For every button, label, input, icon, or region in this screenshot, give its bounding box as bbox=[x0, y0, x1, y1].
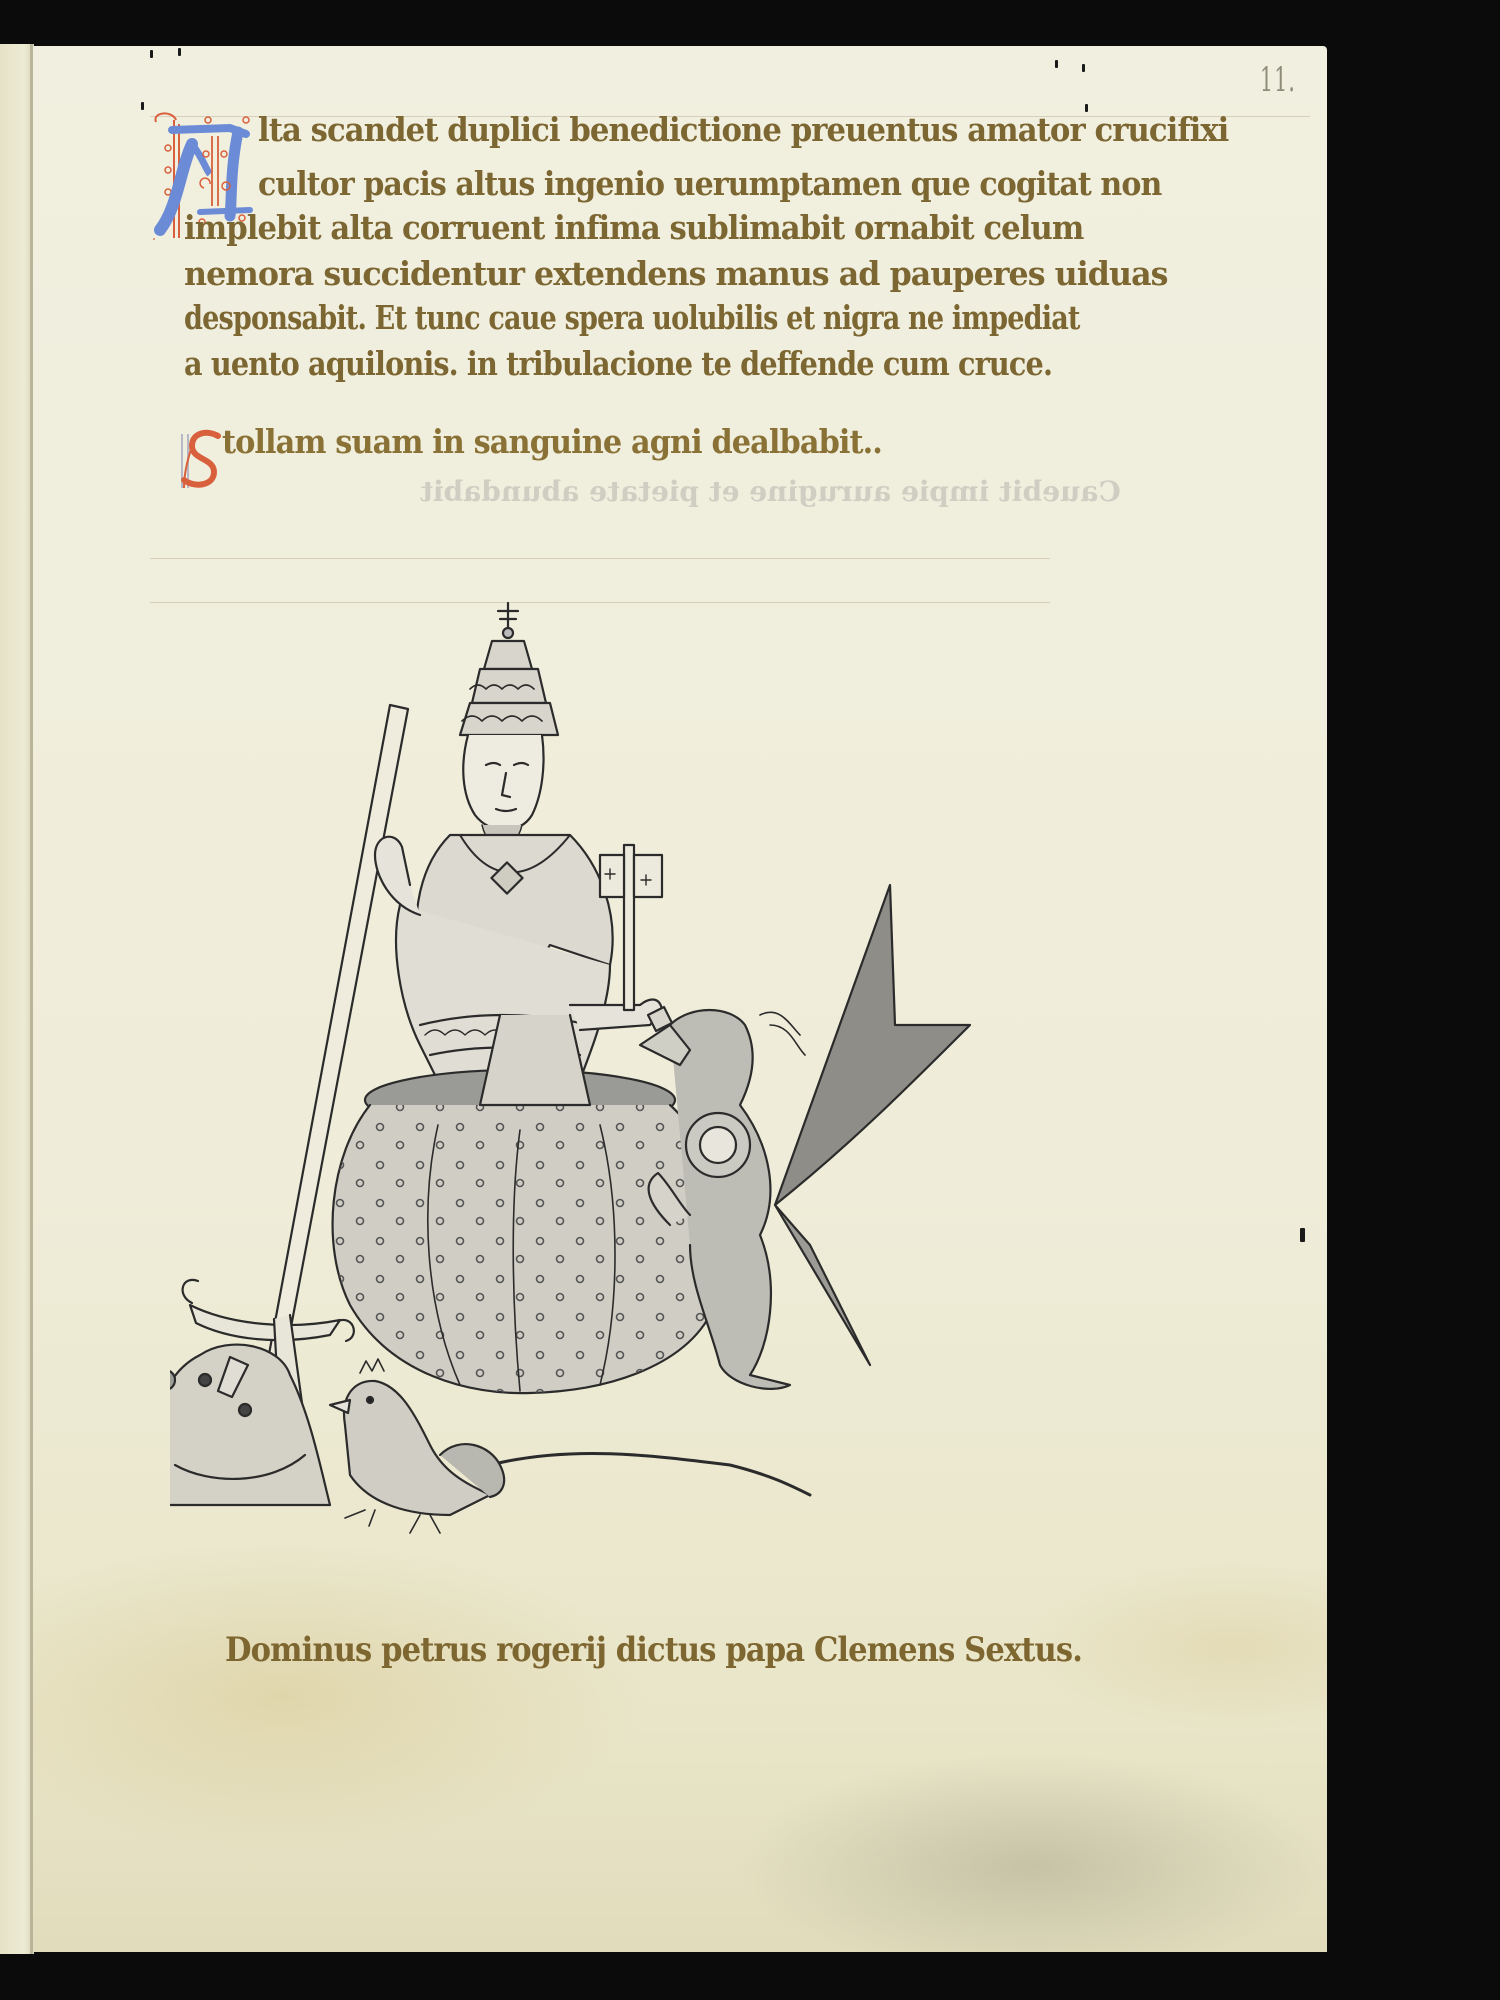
pope-in-cauldron-illustration bbox=[170, 585, 1130, 1565]
bleedthrough-text: Cauebit impie aurugine et pietate abunda… bbox=[420, 475, 1121, 508]
decorated-initial-s-icon bbox=[178, 428, 222, 492]
caption-text: Dominus petrus rogerij dictus papa Cleme… bbox=[225, 1630, 1082, 1670]
pricking-mark bbox=[1300, 1228, 1305, 1242]
rubric-section: tollam suam in sanguine agni dealbabit..… bbox=[150, 0, 1150, 600]
facing-page-edge bbox=[0, 44, 34, 1954]
pricking-mark bbox=[141, 102, 144, 110]
papal-tiara-icon bbox=[460, 603, 558, 735]
pope-head bbox=[463, 735, 543, 846]
folio-number: 11. bbox=[1260, 60, 1296, 100]
bear-icon bbox=[170, 1345, 330, 1505]
rubric-text: tollam suam in sanguine agni dealbabit.. bbox=[222, 422, 882, 461]
